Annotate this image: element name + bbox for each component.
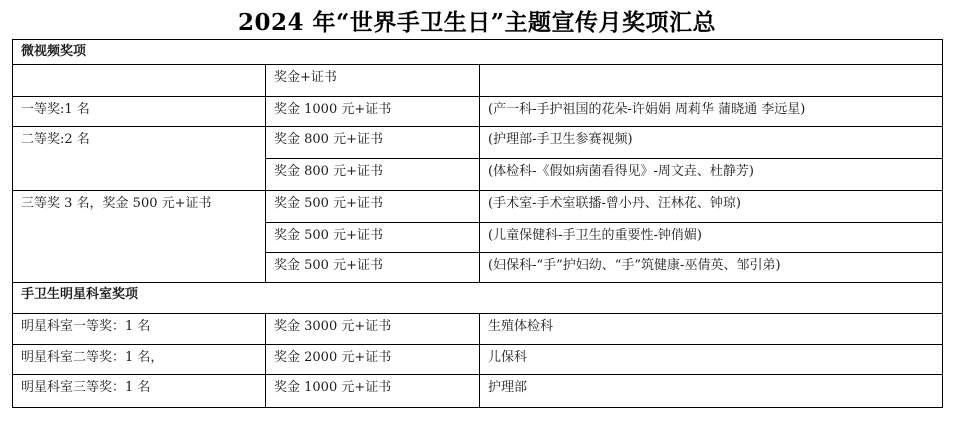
prize-column-header: 奖金+证书 bbox=[266, 65, 480, 97]
winner-second-2: (体检科-《假如病菌看得见》-周文垚、杜静芳) bbox=[480, 159, 943, 191]
section-header-star: 手卫生明星科室奖项 bbox=[13, 283, 943, 314]
table-row: 明星科室三等奖：1 名 奖金 1000 元+证书 护理部 bbox=[13, 375, 943, 408]
prize-second-1: 奖金 800 元+证书 bbox=[266, 127, 480, 159]
section-header-video: 微视频奖项 bbox=[13, 40, 943, 65]
table-row: 明星科室二等奖：1 名， 奖金 2000 元+证书 儿保科 bbox=[13, 345, 943, 375]
star-dept-second: 儿保科 bbox=[480, 345, 943, 375]
star-dept-first: 生殖体检科 bbox=[480, 314, 943, 345]
prize-third-3: 奖金 500 元+证书 bbox=[266, 253, 480, 283]
star-rank-second: 明星科室二等奖：1 名， bbox=[13, 345, 266, 375]
star-rank-third: 明星科室三等奖：1 名 bbox=[13, 375, 266, 408]
section-header-row-star: 手卫生明星科室奖项 bbox=[13, 283, 943, 314]
page-title: 2024 年“世界手卫生日”主题宣传月奖项汇总 bbox=[0, 4, 954, 37]
prize-first: 奖金 1000 元+证书 bbox=[266, 97, 480, 127]
prize-third-1: 奖金 500 元+证书 bbox=[266, 191, 480, 223]
table-row: 一等奖:1 名 奖金 1000 元+证书 (产一科-手护祖国的花朵-许娟娟 周莉… bbox=[13, 97, 943, 127]
table-row: 奖金+证书 bbox=[13, 65, 943, 97]
awards-table: 微视频奖项 奖金+证书 一等奖:1 名 奖金 1000 元+证书 (产一科-手护… bbox=[12, 39, 943, 408]
winner-third-3: (妇保科-“手”护妇幼、“手”筑健康-巫倩英、邹引弟) bbox=[480, 253, 943, 283]
star-dept-third: 护理部 bbox=[480, 375, 943, 408]
rank-third: 三等奖 3 名，奖金 500 元+证书 bbox=[13, 191, 266, 283]
empty-rank-cell bbox=[13, 65, 266, 97]
winner-third-1: (手术室-手术室联播-曾小丹、汪林花、钟琼) bbox=[480, 191, 943, 223]
star-prize-second: 奖金 2000 元+证书 bbox=[266, 345, 480, 375]
winner-second-1: (护理部-手卫生参赛视频) bbox=[480, 127, 943, 159]
table-row: 明星科室一等奖：1 名 奖金 3000 元+证书 生殖体检科 bbox=[13, 314, 943, 345]
table-row: 二等奖:2 名 奖金 800 元+证书 (护理部-手卫生参赛视频) bbox=[13, 127, 943, 159]
empty-winner-cell bbox=[480, 65, 943, 97]
winner-first: (产一科-手护祖国的花朵-许娟娟 周莉华 蒲晓通 李远星) bbox=[480, 97, 943, 127]
star-rank-first: 明星科室一等奖：1 名 bbox=[13, 314, 266, 345]
star-prize-first: 奖金 3000 元+证书 bbox=[266, 314, 480, 345]
section-header-row-video: 微视频奖项 bbox=[13, 40, 943, 65]
table-row: 三等奖 3 名，奖金 500 元+证书 奖金 500 元+证书 (手术室-手术室… bbox=[13, 191, 943, 223]
winner-third-2: (儿童保健科-手卫生的重要性-钟俏媚) bbox=[480, 223, 943, 253]
rank-second: 二等奖:2 名 bbox=[13, 127, 266, 191]
prize-third-2: 奖金 500 元+证书 bbox=[266, 223, 480, 253]
star-prize-third: 奖金 1000 元+证书 bbox=[266, 375, 480, 408]
rank-first: 一等奖:1 名 bbox=[13, 97, 266, 127]
prize-second-2: 奖金 800 元+证书 bbox=[266, 159, 480, 191]
